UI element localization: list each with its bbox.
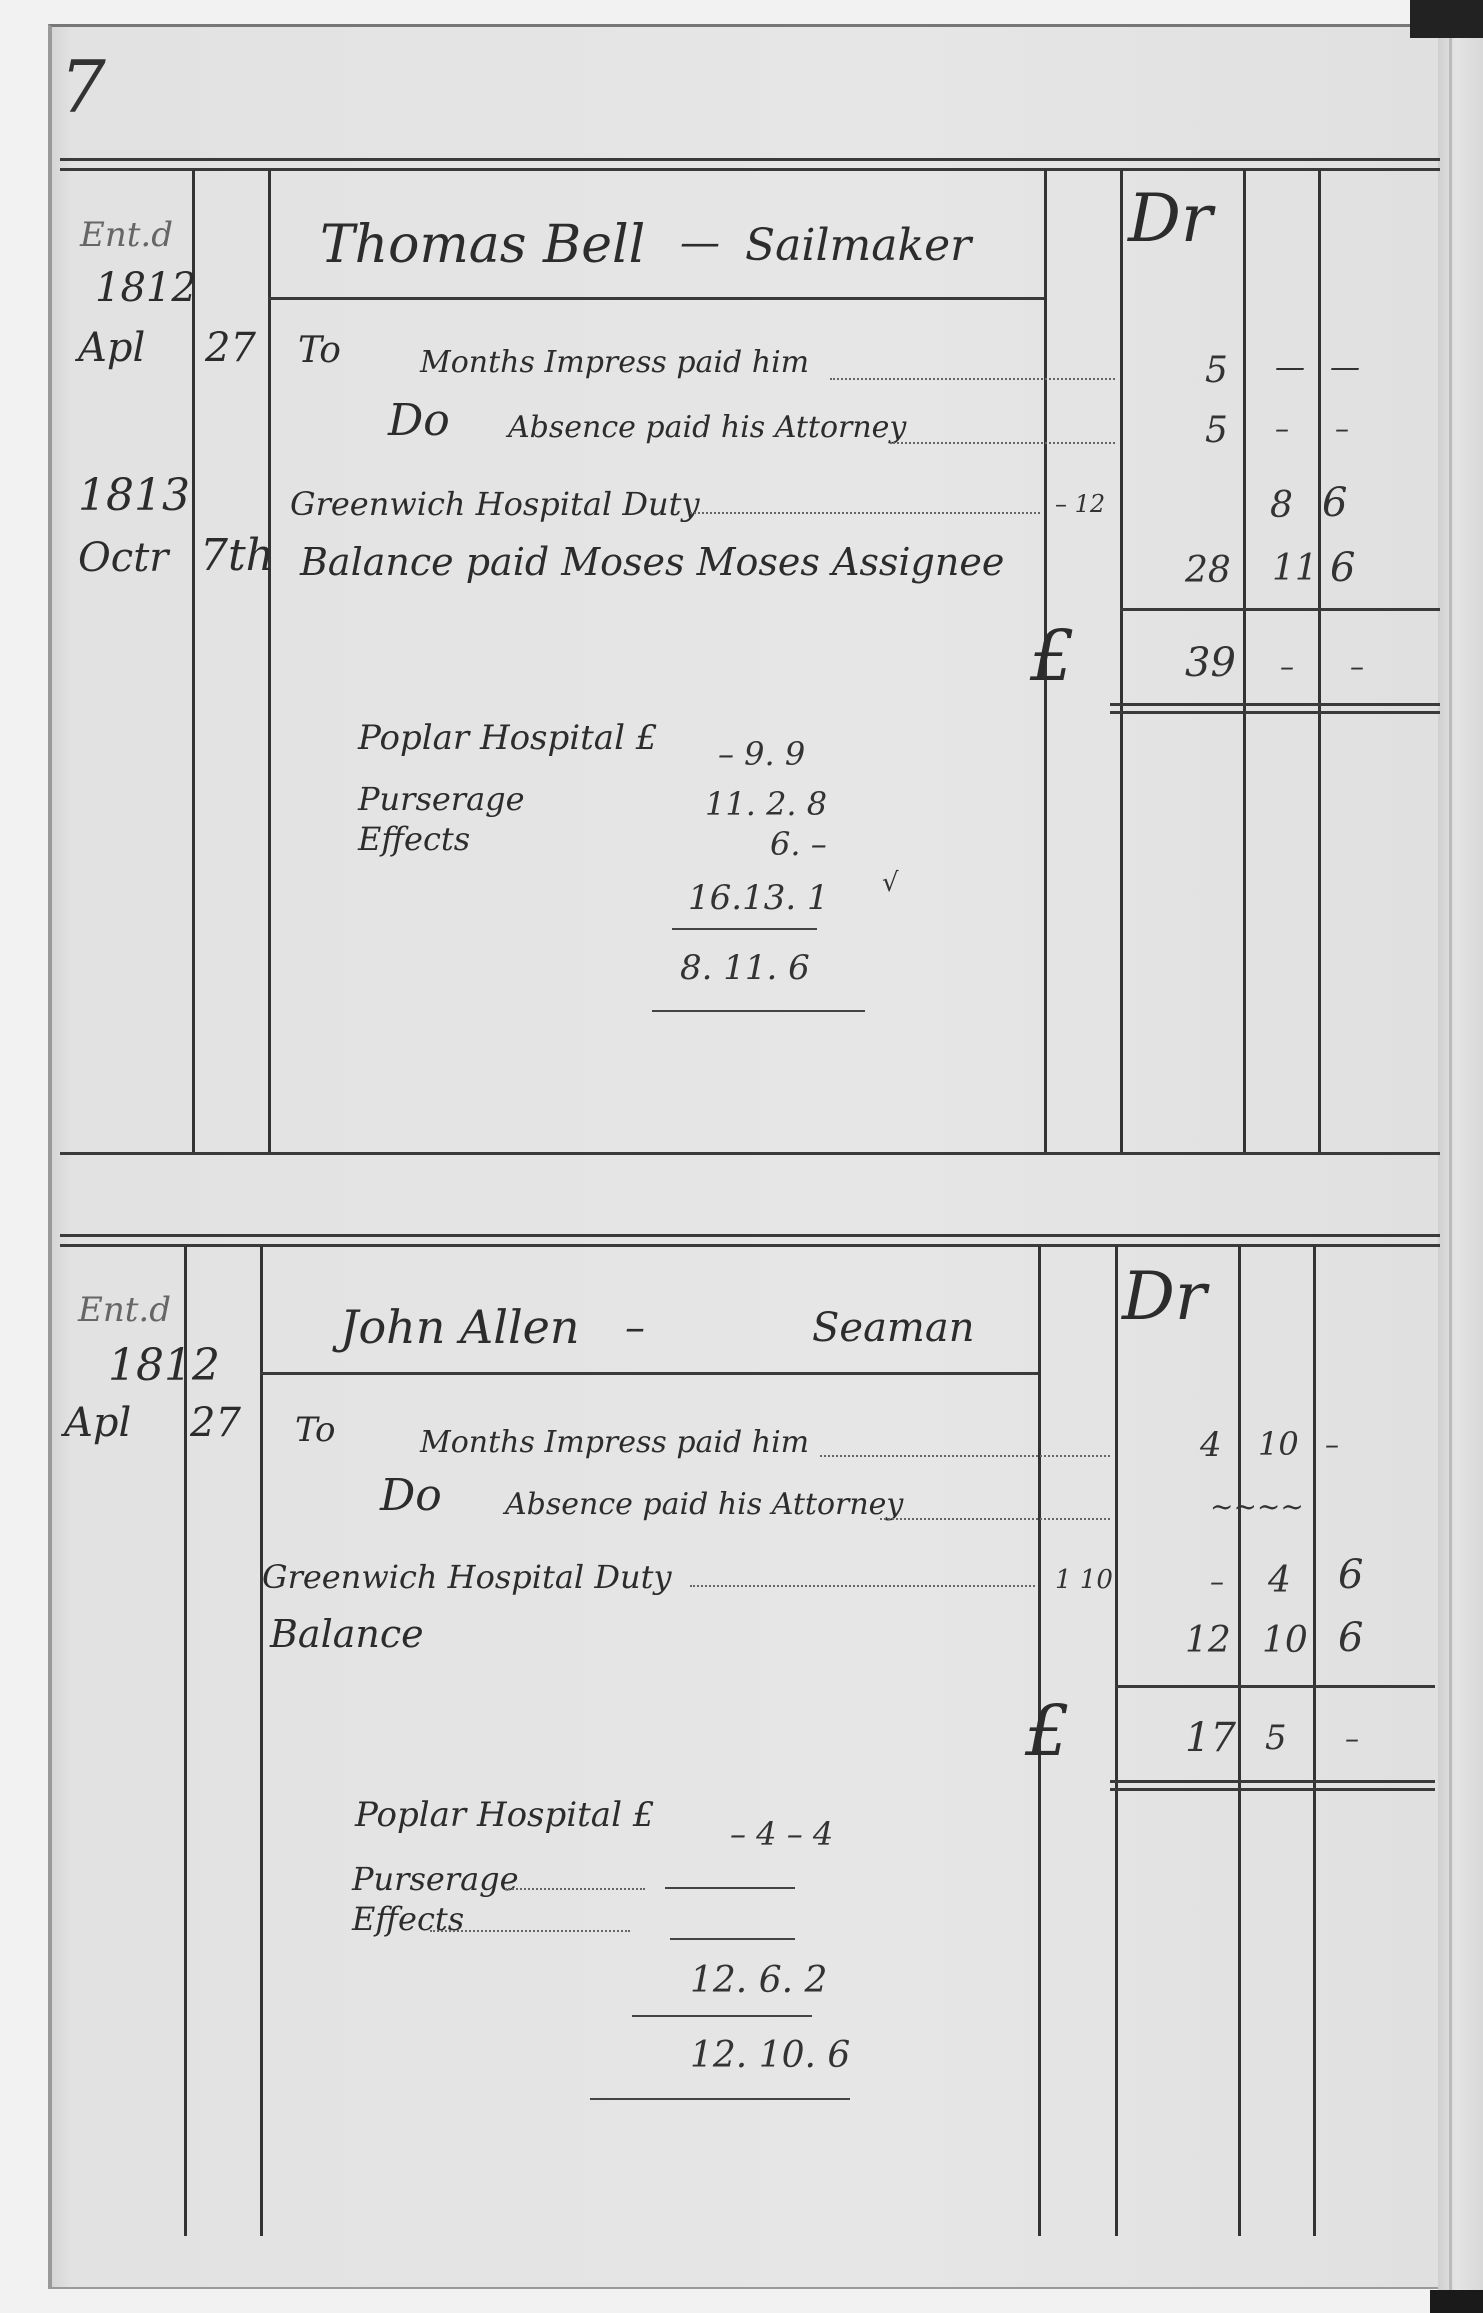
line-prefix: To [298,330,341,371]
line-description: Absence paid his Attorney [508,410,906,445]
total-pounds: 39 [1185,640,1236,686]
leader-dots [890,442,1115,444]
memo-dash-line [665,1887,795,1889]
line-description: Greenwich Hospital Duty [262,1558,672,1596]
leader-dots [830,378,1115,380]
name-dash: – [625,1305,645,1351]
leader-dots [880,1518,1110,1520]
line-month: Apl [64,1400,131,1446]
entered-label: Ent.d [80,215,173,255]
total-pounds: 17 [1185,1715,1236,1761]
amount-shillings: 4 [1268,1560,1291,1601]
total-double-rule [1110,1788,1435,1791]
scan-edge-bottom [1430,2290,1483,2313]
book-binding [1438,0,1483,2313]
double-rule-bottom [60,1244,1440,1247]
col-divider-shillings [1243,170,1246,1155]
amount-shillings: ~~~~ [1210,1490,1304,1523]
col-divider-month [192,170,195,1155]
total-double-rule [1110,703,1440,706]
pound-sign: £ [1025,1690,1070,1772]
double-rule-top [60,1234,1440,1237]
memo-dash-line [670,1938,795,1940]
header-separator [268,297,1044,300]
sailor-name: John Allen [340,1300,580,1354]
name-dash: — [680,220,720,266]
line-month: Octr [78,535,168,581]
scan-edge-top [1410,0,1483,38]
memo-label: Poplar Hospital £ [355,1795,654,1835]
memo-underline [652,1010,865,1012]
amount-shillings: 8 [1270,485,1293,526]
amount-shillings: 10 [1258,1425,1299,1463]
line-description: Absence paid his Attorney [505,1487,903,1522]
line-day: 27 [190,1400,241,1446]
memo-subtotal: 16.13. 1 [688,878,829,918]
total-double-rule [1110,711,1440,714]
memo-label: Effects [352,1900,464,1938]
col-divider-pounds [1120,170,1123,1155]
total-shillings: 5 [1265,1718,1287,1758]
line-month: 1813 [78,470,190,521]
memo-underline [590,2098,850,2100]
amount-pounds: 5 [1205,350,1228,391]
pound-sign: £ [1030,615,1075,697]
col-divider-shillings [1238,1246,1241,2236]
memo-value: 6. – [770,825,827,863]
amount-pence: 6 [1322,480,1347,526]
amount-pounds: 5 [1205,410,1228,451]
binding-crease [1449,36,1452,2313]
amount-pounds: – [1210,1565,1224,1598]
amount-pence: 6 [1330,545,1355,591]
col-divider-day [268,170,271,1155]
leader-dots [505,1888,645,1890]
memo-underline [632,2015,812,2017]
check-mark: √ [882,868,899,898]
memo-result: 12. 10. 6 [690,2035,850,2076]
memo-value: – 4 – 4 [730,1815,833,1853]
line-description: Balance [270,1612,424,1656]
double-rule-bottom [60,168,1440,171]
total-rule [1120,608,1440,611]
amount-shillings: – [1275,412,1289,445]
line-prefix: Do [380,1470,442,1521]
memo-label: Poplar Hospital £ [358,718,657,758]
amount-pence: 6 [1338,1615,1363,1661]
memo-label: Purserage [352,1860,519,1898]
total-rule [1115,1685,1435,1688]
amount-shillings: 10 [1262,1620,1308,1661]
leader-dots [820,1455,1110,1457]
amount-pounds: 28 [1185,550,1231,591]
leader-dots [690,1585,1035,1587]
memo-label: Effects [358,820,470,858]
line-description: Greenwich Hospital Duty [290,485,700,523]
memo-label: Purserage [358,780,525,818]
amount-pence: – [1325,1428,1339,1461]
memo-underline [672,928,817,930]
debit-header: Dr [1122,1258,1206,1335]
leader-dots [430,1930,630,1932]
line-description: Balance paid Moses Moses Assignee [300,540,1004,584]
line-month: Apl [78,325,145,371]
page-number: 7 [60,45,106,129]
line-prefix: Do [388,395,450,446]
entry-closing-rule [60,1152,1440,1155]
entered-label: Ent.d [78,1290,171,1330]
line-prefix: To [295,1410,336,1450]
total-shillings: – [1280,650,1294,683]
sailor-name: Thomas Bell [320,215,645,275]
line-description: Months Impress paid him [420,345,809,380]
total-pence: – [1345,1722,1359,1755]
amount-pence: – [1335,412,1349,445]
sailor-occupation: Seaman [812,1305,974,1351]
total-double-rule [1110,1780,1435,1783]
col-divider-pence [1313,1246,1316,2236]
line-day: 27 [205,325,256,371]
amount-pounds: 4 [1200,1425,1222,1465]
leader-dots [690,512,1040,514]
entry-year: 1812 [95,265,197,311]
col-divider-month [184,1246,187,2236]
entry-year: 1812 [108,1340,220,1391]
memo-value: – 9. 9 [718,735,805,773]
amount-pence: — [1330,350,1360,385]
header-separator [260,1372,1038,1375]
amount-shillings: 11 [1272,548,1318,589]
amount-pence: 6 [1338,1552,1363,1598]
col-divider-day [260,1246,263,2236]
total-pence: – [1350,650,1364,683]
sailor-occupation: Sailmaker [745,220,971,271]
amount-pounds: 12 [1185,1620,1231,1661]
col-divider-pence [1318,170,1321,1155]
memo-value: 11. 2. 8 [705,785,827,823]
amount-aside: – 12 [1055,490,1105,518]
line-day: 7th [200,530,274,581]
double-rule-top [60,158,1440,161]
memo-result: 8. 11. 6 [680,948,810,988]
memo-subtotal: 12. 6. 2 [690,1960,827,2001]
amount-shillings: — [1275,350,1305,385]
debit-header: Dr [1128,180,1212,257]
col-divider-pounds [1115,1246,1118,2236]
amount-aside: 1 10 [1055,1565,1113,1595]
line-description: Months Impress paid him [420,1425,809,1460]
